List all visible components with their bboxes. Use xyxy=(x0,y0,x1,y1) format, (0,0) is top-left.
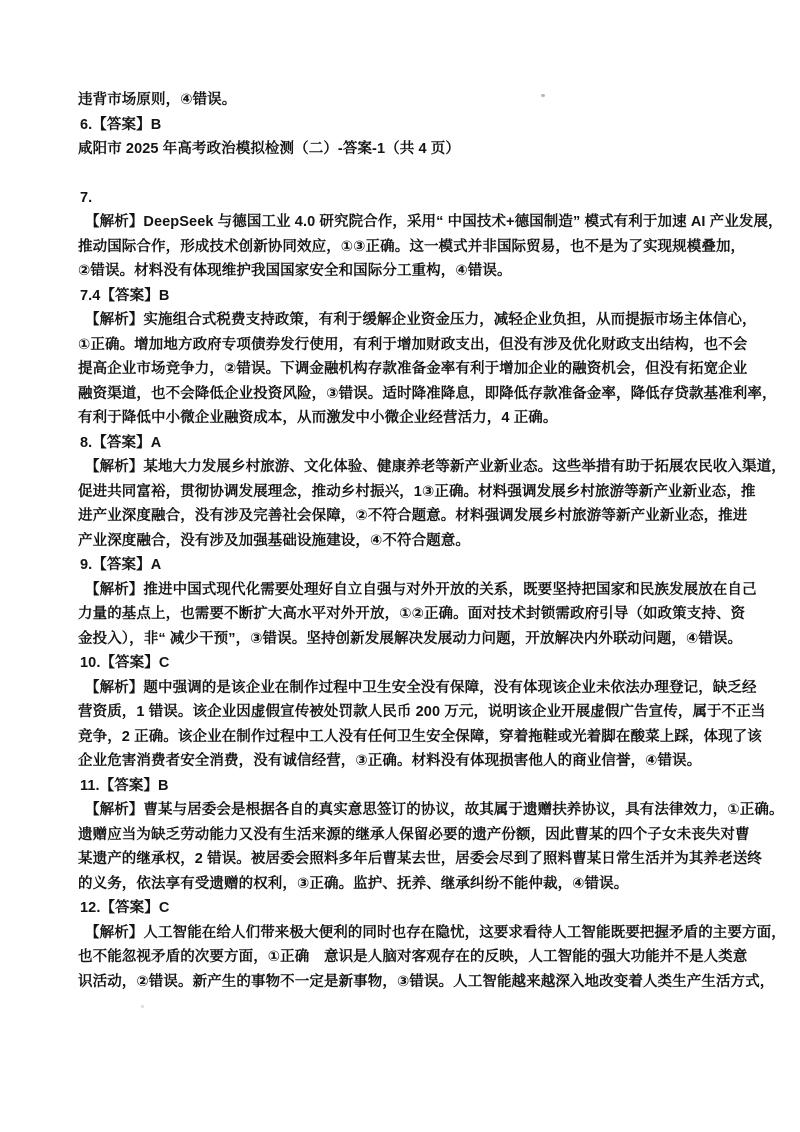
analysis-line-q10: 竞争，2 正确。该企业在制作过程中工人没有任何卫生安全保障，穿着拖鞋或光着脚在酸… xyxy=(78,725,748,750)
scan-artifact-dot xyxy=(541,94,545,97)
analysis-line-q8: 促进共同富裕，贯彻协调发展理念，推动乡村振兴，1③正确。材料强调发展乡村旅游等新… xyxy=(78,480,748,505)
analysis-line-q7-4: 【解析】实施组合式税费支持政策，有利于缓解企业资金压力，减轻企业负担，从而提振市… xyxy=(78,308,748,333)
analysis-line-q9: 力量的基点上，也需要不断扩大高水平对外开放，①②正确。面对技术封锁需政府引导（如… xyxy=(78,602,748,627)
analysis-line-q11: 遗赠应当为缺乏劳动能力又没有生活来源的继承人保留必要的遗产份额，因此曹某的四个子… xyxy=(78,823,748,848)
analysis-line-q9: 金投入），非“ 减少干预”，③错误。坚持创新发展解决发展动力问题，开放解决内外联… xyxy=(78,627,748,652)
answer-line-6: 6.【答案】B xyxy=(78,113,748,138)
answer-line-7-4: 7.4【答案】B xyxy=(78,284,748,309)
prev-question-tail-line: 违背市场原则，④错误。 xyxy=(78,88,748,113)
analysis-line-q11: 某遗产的继承权，2 错误。被居委会照料多年后曹某去世，居委会尽到了照料曹某日常生… xyxy=(78,847,748,872)
analysis-line-q7: 推动国际合作，形成技术创新协同效应，①③正确。这一模式并非国际贸易，也不是为了实… xyxy=(78,235,748,260)
answer-line-8: 8.【答案】A xyxy=(78,431,748,456)
answer-line-11: 11.【答案】B xyxy=(78,774,748,799)
analysis-line-q12: 【解析】人工智能在给人们带来极大便利的同时也存在隐忧，这要求看待人工智能既要把握… xyxy=(78,921,748,946)
analysis-line-q9: 【解析】推进中国式现代化需要处理好自立自强与对外开放的关系，既要坚持把国家和民族… xyxy=(78,578,748,603)
analysis-line-q8: 进产业深度融合，没有涉及完善社会保障，②不符合题意。材料强调发展乡村旅游等新产业… xyxy=(78,504,748,529)
page-footer: 咸阳市 2025 年高考政治模拟检测（二）-答案-1（共 4 页） xyxy=(78,137,748,162)
analysis-line-q7-4: 提高企业市场竞争力，②错误。下调金融机构存款准备金率有利于增加企业的融资机会，但… xyxy=(78,357,748,382)
analysis-line-q10: 营资质，1 错误。该企业因虚假宣传被处罚款人民币 200 万元，说明该企业开展虚… xyxy=(78,700,748,725)
analysis-line-q8: 【解析】某地大力发展乡村旅游、文化体验、健康养老等新产业新业态。这些举措有助于拓… xyxy=(78,455,748,480)
document-text-block: 违背市场原则，④错误。 6.【答案】B 咸阳市 2025 年高考政治模拟检测（二… xyxy=(78,88,748,994)
analysis-line-q12: 识活动，②错误。新产生的事物不一定是新事物，③错误。人工智能越来越深入地改变着人… xyxy=(78,970,748,995)
question-number-7: 7. xyxy=(78,186,748,211)
analysis-line-q7: ②错误。材料没有体现维护我国国家安全和国际分工重构，④错误。 xyxy=(78,259,748,284)
scanned-answer-page: { "page": { "prev_question": { "tail_lin… xyxy=(0,0,800,1132)
analysis-line-q10: 企业危害消费者安全消费，没有诚信经营，③正确。材料没有体现损害他人的商业信誉，④… xyxy=(78,749,748,774)
answer-line-10: 10.【答案】C xyxy=(78,651,748,676)
analysis-line-q7-4: 融资渠道，也不会降低企业投资风险，③错误。适时降准降息，即降低存款准备金率，降低… xyxy=(78,382,748,407)
analysis-line-q11: 的义务，依法享有受遗赠的权利，③正确。监护、抚养、继承纠纷不能仲裁，④错误。 xyxy=(78,872,748,897)
analysis-line-q7-4: ①正确。增加地方政府专项债券发行使用，有利于增加财政支出，但没有涉及优化财政支出… xyxy=(78,333,748,358)
analysis-line-q11: 【解析】曹某与居委会是根据各自的真实意思签订的协议，故其属于遗赠扶养协议，具有法… xyxy=(78,798,748,823)
answer-line-12: 12.【答案】C xyxy=(78,896,748,921)
answer-line-9: 9.【答案】A xyxy=(78,553,748,578)
analysis-line-q7: 【解析】DeepSeek 与德国工业 4.0 研究院合作，采用“ 中国技术+德国… xyxy=(78,210,748,235)
scan-artifact-dot xyxy=(141,1005,144,1008)
analysis-line-q7-4: 有利于降低中小微企业融资成本，从而激发中小微企业经营活力，4 正确。 xyxy=(78,406,748,431)
analysis-line-q12: 也不能忽视矛盾的次要方面，①正确 意识是人脑对客观存在的反映，人工智能的强大功能… xyxy=(78,945,748,970)
analysis-line-q10: 【解析】题中强调的是该企业在制作过程中卫生安全没有保障，没有体现该企业未依法办理… xyxy=(78,676,748,701)
analysis-line-q8: 产业深度融合，没有涉及加强基础设施建设，④不符合题意。 xyxy=(78,529,748,554)
